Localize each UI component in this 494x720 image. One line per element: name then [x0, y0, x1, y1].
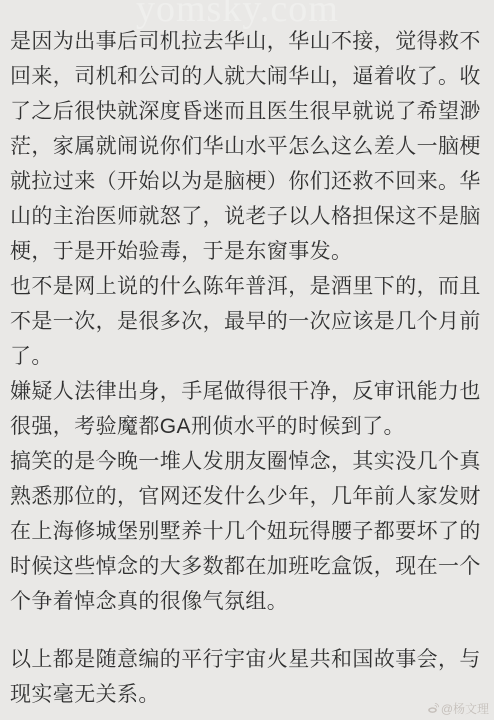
- text-line: 山的主治医师就怒了，说老子以人格担保这不是脑: [10, 199, 488, 234]
- text-line: 在上海修城堡别墅养十几个妞玩得腰子都要坏了的: [10, 514, 488, 549]
- text-screenshot-page: yomsky.com 是因为出事后司机拉去华山，华山不接，觉得救不回来，司机和公…: [0, 0, 494, 720]
- text-line: 了之后很快就深度昏迷而且医生很早就说了希望渺: [10, 94, 488, 129]
- text-line: 个争着悼念真的很像气氛组。: [10, 584, 488, 619]
- text-line: 现实毫无关系。: [10, 677, 488, 712]
- text-line: 是因为出事后司机拉去华山，华山不接，觉得救不: [10, 24, 488, 59]
- text-line: 很强，考验魔都GA刑侦水平的时候到了。: [10, 409, 488, 444]
- text-line: 时候这些悼念的大多数都在加班吃盒饭，现在一个: [10, 549, 488, 584]
- text-line: 以上都是随意编的平行宇宙火星共和国故事会，与: [10, 642, 488, 677]
- text-line: 熟悉那位的，官网还发什么少年，几年前人家发财: [10, 479, 488, 514]
- text-line: 茫，家属就闹说你们华山水平怎么这么差人一脑梗: [10, 129, 488, 164]
- text-line: 也不是网上说的什么陈年普洱，是酒里下的，而且: [10, 269, 488, 304]
- post-text: 是因为出事后司机拉去华山，华山不接，觉得救不回来，司机和公司的人就大闹华山，逼着…: [10, 24, 488, 712]
- paragraph-gap: [10, 619, 488, 642]
- text-line: 回来，司机和公司的人就大闹华山，逼着收了。收: [10, 59, 488, 94]
- text-line: 搞笑的是今晚一堆人发朋友圈悼念，其实没几个真: [10, 444, 488, 479]
- text-line: 嫌疑人法律出身，手尾做得很干净，反审讯能力也: [10, 374, 488, 409]
- text-line: 梗，于是开始验毒，于是东窗事发。: [10, 234, 488, 269]
- text-line: 就拉过来（开始以为是脑梗）你们还救不回来。华: [10, 164, 488, 199]
- text-line: 不是一次，是很多次，最早的一次应该是几个月前: [10, 304, 488, 339]
- text-line: 了。: [10, 339, 488, 374]
